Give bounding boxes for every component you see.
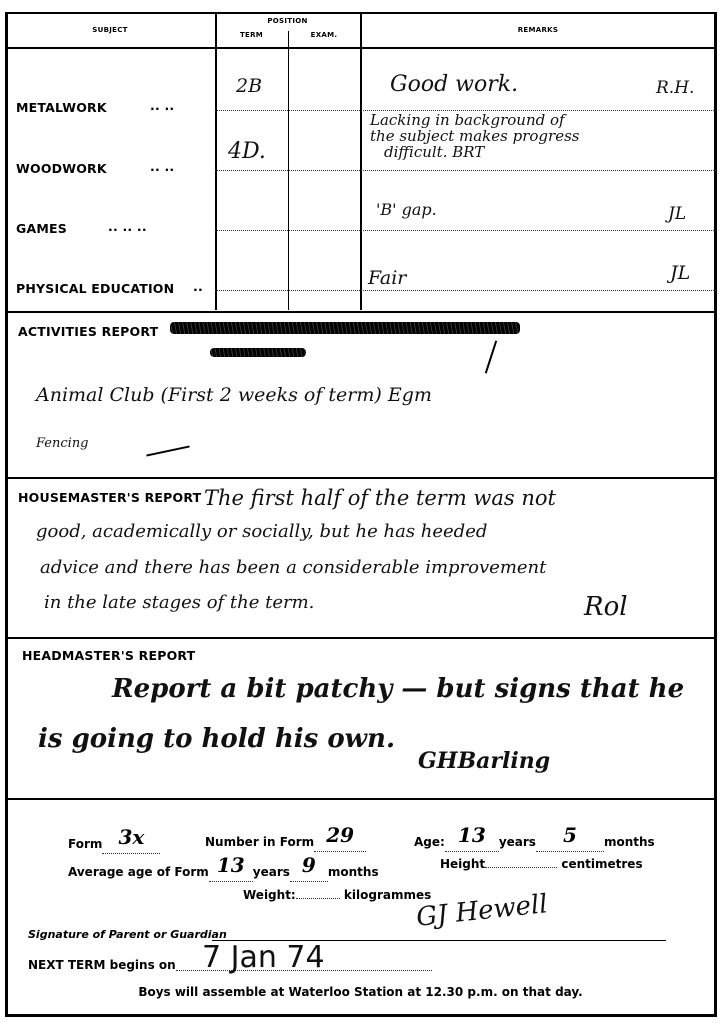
weight-label: Weight: <box>243 888 296 902</box>
remark-line: the subject makes progress <box>370 128 579 144</box>
housemaster-signature: Rol <box>584 592 628 622</box>
row-rule <box>215 170 716 171</box>
section-rule <box>5 637 716 639</box>
subject-name: PHYSICAL EDUCATION <box>16 281 174 296</box>
column-divider-remarks <box>360 12 362 310</box>
years-label: years <box>499 835 536 849</box>
months-label: months <box>604 835 655 849</box>
header-bottom-rule <box>5 47 716 49</box>
years-label: years <box>253 865 290 879</box>
centimetres-label: centimetres <box>561 857 642 871</box>
row-rule <box>215 290 716 291</box>
housemaster-label: HOUSEMASTER'S REPORT <box>18 490 201 505</box>
age-field: Age:13years5months <box>414 827 655 852</box>
signature-label: Signature of Parent or Guardian <box>28 928 227 941</box>
age-label: Age: <box>414 835 445 849</box>
subject-remark: Fair <box>368 267 406 289</box>
height-value <box>485 867 557 868</box>
subject-name: GAMES <box>16 221 67 236</box>
teacher-initials: JL <box>670 262 690 284</box>
subject-remark: 'B' gap. <box>376 200 437 219</box>
age-months: 5 <box>536 827 604 852</box>
headmaster-signature: GHBarling <box>418 748 550 774</box>
column-divider-subject <box>215 12 217 310</box>
housemaster-line: in the late stages of the term. <box>44 592 314 613</box>
activities-label: ACTIVITIES REPORT <box>18 324 158 339</box>
row-rule <box>215 230 716 231</box>
form-value: 3x <box>102 829 160 854</box>
form-field: Form3x <box>68 829 160 854</box>
teacher-initials: R.H. <box>656 78 694 98</box>
subject-leader: .. .. <box>150 159 174 174</box>
headmaster-line: Report a bit patchy — but signs that he <box>112 674 684 704</box>
signature-field: Signature of Parent or Guardian <box>28 928 227 941</box>
header-subject: SUBJECT <box>5 26 215 34</box>
header-exam: EXAM. <box>288 31 360 39</box>
headmaster-line: is going to hold his own. <box>38 724 395 754</box>
subject-name: METALWORK <box>16 100 107 115</box>
next-term-date: 7 Jan 74 <box>202 940 325 975</box>
subject-leader: .. .. <box>150 98 174 113</box>
age-months-text: 5 <box>563 823 577 847</box>
average-age-field: Average age of Form13years9months <box>68 857 379 882</box>
teacher-initials: JL <box>668 204 686 224</box>
average-years-text: 13 <box>217 853 245 877</box>
form-value-text: 3x <box>118 825 144 849</box>
redacted-text <box>170 322 520 334</box>
next-term-label: NEXT TERM begins on <box>28 958 176 972</box>
number-in-form-field: Number in Form29 <box>205 827 366 852</box>
activity-line: Animal Club (First 2 weeks of term) Egm <box>36 384 432 406</box>
weight-value <box>296 898 340 899</box>
header-position: POSITION <box>215 17 360 25</box>
remark-line: Lacking in background of <box>370 112 579 128</box>
kilogrammes-label: kilogrammes <box>344 888 431 902</box>
header-term: TERM <box>215 31 288 39</box>
subject-remark: Good work. <box>390 72 518 97</box>
term-position: 2B <box>236 75 262 97</box>
subject-name: WOODWORK <box>16 161 107 176</box>
activity-line: Fencing <box>36 436 89 451</box>
weight-field: Weight: kilogrammes <box>243 888 431 902</box>
subject-leader: .. <box>193 279 203 294</box>
assembly-note: Boys will assemble at Waterloo Station a… <box>5 985 716 999</box>
average-age-label: Average age of Form <box>68 865 209 879</box>
average-months-text: 9 <box>302 853 316 877</box>
average-months: 9 <box>290 857 328 882</box>
number-value: 29 <box>314 827 366 852</box>
number-label: Number in Form <box>205 835 314 849</box>
header-remarks: REMARKS <box>360 26 716 34</box>
months-label: months <box>328 865 379 879</box>
average-years: 13 <box>209 857 253 882</box>
height-field: Height centimetres <box>440 857 643 871</box>
section-rule <box>5 798 716 800</box>
term-position: 4D. <box>228 139 266 164</box>
housemaster-line: The first half of the term was not <box>204 486 556 510</box>
form-label: Form <box>68 837 102 851</box>
age-years: 13 <box>445 827 499 852</box>
subject-remark: Lacking in background of the subject mak… <box>370 112 579 160</box>
section-rule <box>5 477 716 479</box>
number-value-text: 29 <box>326 823 354 847</box>
headmaster-label: HEADMASTER'S REPORT <box>22 648 195 663</box>
housemaster-line: good, academically or socially, but he h… <box>36 521 487 542</box>
housemaster-line: advice and there has been a considerable… <box>40 557 546 578</box>
redacted-text <box>210 348 306 357</box>
age-years-text: 13 <box>458 823 486 847</box>
remark-line: difficult. BRT <box>370 144 579 160</box>
height-label: Height <box>440 857 485 871</box>
subject-leader: .. .. .. <box>108 219 147 234</box>
section-rule <box>5 311 716 313</box>
